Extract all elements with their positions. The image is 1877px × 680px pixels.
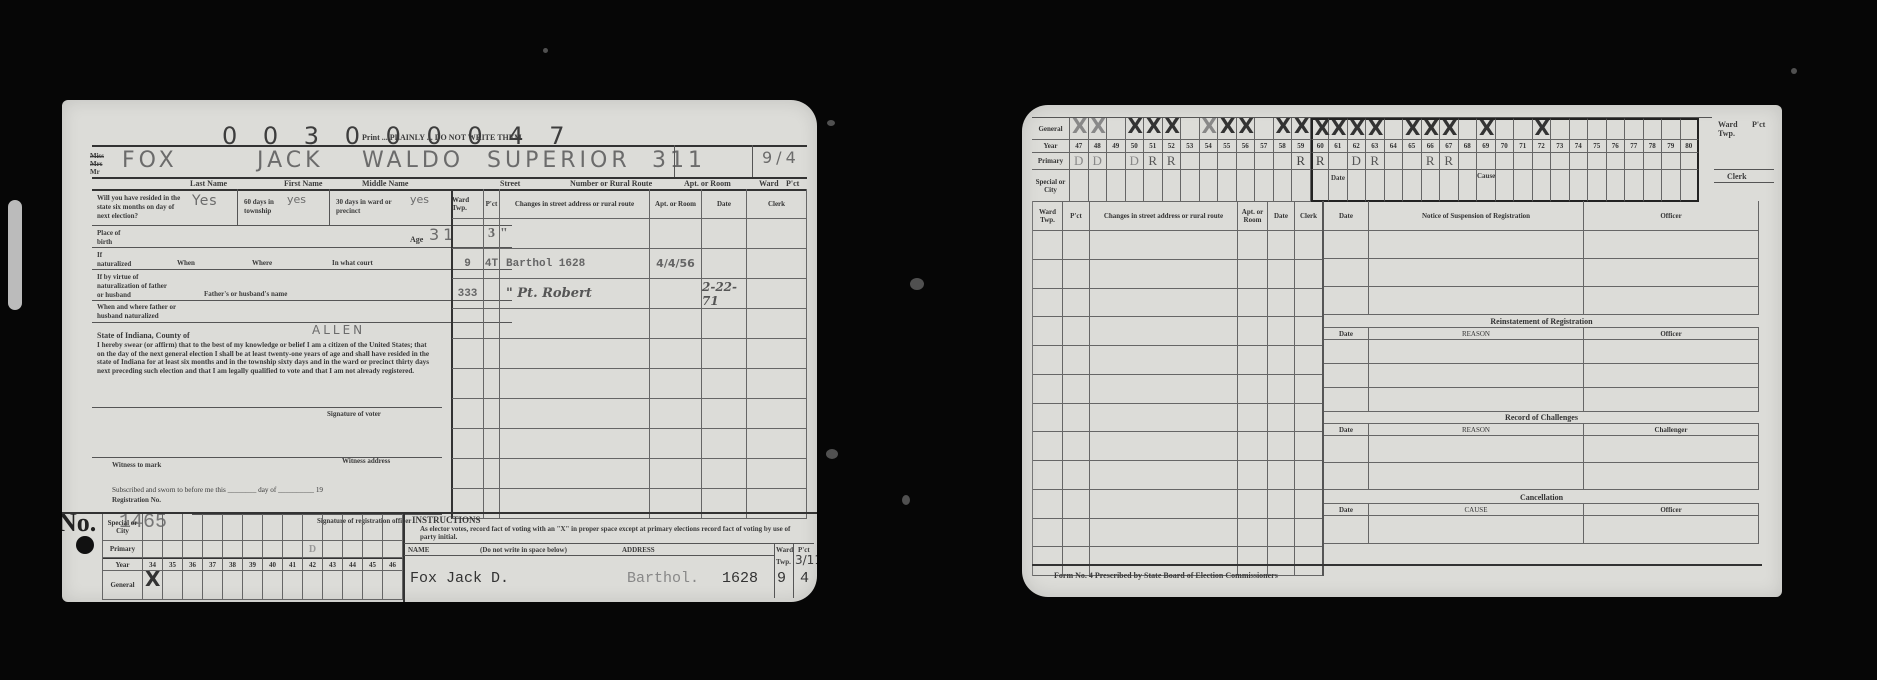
general-cell (1607, 118, 1626, 140)
birth-place-label: Place of birth (97, 229, 137, 247)
divider (404, 543, 814, 544)
general-cell (323, 571, 343, 600)
general-cell: X (1477, 118, 1496, 140)
table-cell (1238, 260, 1268, 289)
year-cell: 36 (183, 558, 203, 571)
table-cell (452, 219, 484, 249)
general-cell: X (1200, 118, 1219, 140)
typed-street: Barthol. (627, 570, 699, 587)
table-cell: 333 (452, 279, 484, 309)
col-header: REASON (1369, 328, 1584, 340)
general-cell: X (1311, 118, 1330, 140)
voter-signature-line (92, 407, 442, 408)
primary-cell (1459, 153, 1478, 170)
table-cell (1268, 231, 1295, 260)
primary-cell (1570, 153, 1589, 170)
table-cell (702, 369, 747, 399)
col-header: Apt. or Room (650, 189, 702, 219)
table-cell (1063, 519, 1090, 548)
primary-cell (283, 541, 303, 558)
year-cell: 39 (243, 558, 263, 571)
col-header: Officer (1584, 504, 1759, 516)
primary-cell: D (1348, 153, 1367, 170)
primary-cell (1274, 153, 1293, 170)
table-cell (1238, 231, 1268, 260)
year-cell: 73 (1551, 140, 1570, 153)
primary-cell: R (1311, 153, 1330, 170)
row-label-year: Year (103, 558, 143, 571)
vote-x-mark: X (1405, 116, 1420, 140)
table-cell (1369, 388, 1584, 412)
table-cell (650, 219, 702, 249)
grid-cell (183, 514, 203, 541)
table-cell (1295, 432, 1323, 461)
primary-cell: D (1070, 153, 1089, 170)
year-cell: 49 (1107, 140, 1126, 153)
table-cell (1063, 404, 1090, 433)
row-label-general: General (1032, 118, 1070, 140)
year-cell: 65 (1403, 140, 1422, 153)
vote-x-mark: X (1146, 114, 1161, 138)
father-name-label: Father's or husband's name (204, 290, 287, 299)
year-cell: 35 (163, 558, 183, 571)
table-cell (1584, 259, 1759, 287)
year-cell: 45 (363, 558, 383, 571)
table-cell (484, 369, 500, 399)
table-cell (1090, 231, 1238, 260)
punch-hole (76, 536, 94, 554)
col-header: Changes in street address or rural route (1090, 201, 1238, 231)
grid-cell (203, 514, 223, 541)
table-cell (500, 369, 650, 399)
general-cell (223, 571, 243, 600)
divider (92, 269, 512, 270)
table-cell (747, 429, 807, 459)
general-cell (1662, 118, 1681, 140)
last-name-value: FOX (122, 148, 178, 173)
year-cell: 64 (1385, 140, 1404, 153)
general-cell (263, 571, 283, 600)
general-cell: X (1237, 118, 1256, 140)
table-cell (1033, 432, 1063, 461)
primary-cell (343, 541, 363, 558)
vote-x-mark: X (1294, 114, 1309, 138)
table-cell (1090, 260, 1238, 289)
general-cell (243, 571, 263, 600)
general-cell: X (1348, 118, 1367, 140)
table-cell (500, 339, 650, 369)
table-cell (1090, 461, 1238, 490)
divider (674, 145, 675, 177)
special-cell (1237, 170, 1256, 202)
table-cell (1033, 490, 1063, 519)
do-not-write-label: (Do not write in space below) (480, 546, 567, 555)
row-label-primary: Primary (103, 541, 143, 558)
row-label-year: Year (1032, 140, 1070, 153)
general-cell: X (143, 571, 163, 600)
primary-cell: R (1440, 153, 1459, 170)
table-cell (1268, 260, 1295, 289)
year-cell: 52 (1163, 140, 1182, 153)
special-cell: Cause (1477, 170, 1496, 202)
grid-cell (303, 514, 323, 541)
instructions-text: As elector votes, record fact of voting … (420, 525, 805, 541)
table-cell (1063, 260, 1090, 289)
residence-ward-answer: yes (410, 193, 429, 206)
table-cell (650, 309, 702, 339)
year-cell: 43 (323, 558, 343, 571)
special-cell (1570, 170, 1589, 202)
middle-name-value: WALDO (362, 148, 464, 173)
table-cell (1295, 346, 1323, 375)
special-cell (1533, 170, 1552, 202)
vote-x-mark: X (1368, 116, 1383, 140)
table-cell (1268, 490, 1295, 519)
row-label-special: Special or City (1032, 170, 1070, 202)
divider (403, 512, 405, 602)
film-speck (827, 120, 835, 126)
year-cell: 62 (1348, 140, 1367, 153)
table-cell (1584, 340, 1759, 364)
year-cell: 53 (1181, 140, 1200, 153)
table-cell (1090, 404, 1238, 433)
table-cell (1238, 490, 1268, 519)
special-cell (1181, 170, 1200, 202)
col-header: Date (702, 189, 747, 219)
table-cell (702, 489, 747, 519)
pct-label: P'ct (786, 179, 799, 188)
table-cell (1063, 317, 1090, 346)
vote-x-mark: X (1128, 114, 1143, 138)
col-header: Officer (1584, 201, 1759, 231)
primary-cell (1588, 153, 1607, 170)
table-cell (1090, 519, 1238, 548)
film-speck (902, 495, 910, 505)
instructions-title: INSTRUCTIONS (412, 516, 481, 525)
table-cell (452, 339, 484, 369)
general-cell (203, 571, 223, 600)
first-name-value: JACK (257, 148, 324, 173)
inner-date-label: Date (1331, 174, 1345, 183)
row-label-primary: Primary (1032, 153, 1070, 170)
table-cell (702, 309, 747, 339)
divider (92, 322, 512, 323)
table-cell (1584, 463, 1759, 490)
special-cell (1588, 170, 1607, 202)
table-cell (1295, 547, 1323, 576)
ward-label: Ward (776, 546, 793, 555)
table-cell (1063, 461, 1090, 490)
table-cell (1295, 260, 1323, 289)
primary-cell (183, 541, 203, 558)
residence-state-answer: Yes (192, 193, 218, 209)
divider (329, 189, 330, 225)
table-cell (1090, 432, 1238, 461)
vote-x-mark: X (1276, 114, 1291, 138)
col-header: Clerk (747, 189, 807, 219)
grid-cell (263, 514, 283, 541)
special-cell (1089, 170, 1108, 202)
grid-cell (363, 514, 383, 541)
primary-cell: D (1089, 153, 1108, 170)
primary-cell (243, 541, 263, 558)
primary-cell (1218, 153, 1237, 170)
table-cell (1238, 461, 1268, 490)
table-cell: 2-22-71 (702, 279, 747, 309)
table-cell (702, 249, 747, 279)
year-cell: 37 (203, 558, 223, 571)
table-cell (702, 219, 747, 249)
col-header: Challenger (1584, 424, 1759, 436)
table-cell (1584, 364, 1759, 388)
general-cell: X (1218, 118, 1237, 140)
col-header: Date (1324, 328, 1369, 340)
table-cell (1584, 388, 1759, 412)
general-cell (1644, 118, 1663, 140)
table-cell (484, 429, 500, 459)
table-cell (1369, 287, 1584, 315)
table-cell (1238, 432, 1268, 461)
table-cell (1584, 436, 1759, 463)
last-name-label: Last Name (190, 179, 227, 188)
general-cell (183, 571, 203, 600)
primary-cell (203, 541, 223, 558)
col-header: P'ct (1063, 201, 1090, 231)
divider (793, 543, 794, 598)
special-cell: Date (1329, 170, 1348, 202)
challenges-title: Record of Challenges (1324, 413, 1759, 422)
cancellation-title: Cancellation (1324, 493, 1759, 502)
residence-township-answer: yes (287, 193, 306, 206)
year-cell: 50 (1126, 140, 1145, 153)
table-cell (747, 339, 807, 369)
table-cell (747, 249, 807, 279)
special-cell (1514, 170, 1533, 202)
special-cell (1274, 170, 1293, 202)
special-cell (1422, 170, 1441, 202)
table-cell (1369, 364, 1584, 388)
general-cell: X (1366, 118, 1385, 140)
grid-cell (283, 514, 303, 541)
vote-x-mark: X (1350, 116, 1365, 140)
table-cell: " (500, 219, 650, 249)
primary-cell: D (1126, 153, 1145, 170)
col-header: Date (1324, 504, 1369, 516)
number-label: Number or Rural Route (570, 179, 652, 188)
grid-cell (383, 514, 403, 541)
voter-signature-label: Signature of voter (327, 410, 381, 419)
year-cell: 42 (303, 558, 323, 571)
table-cell (702, 459, 747, 489)
divider (752, 145, 753, 177)
year-cell: 41 (283, 558, 303, 571)
table-cell (452, 309, 484, 339)
general-cell: X (1329, 118, 1348, 140)
general-cell: X (1440, 118, 1459, 140)
typed-ward: 9 (777, 570, 786, 587)
col-header: Clerk (1295, 201, 1323, 231)
general-cell (1570, 118, 1589, 140)
special-cell (1070, 170, 1089, 202)
table-cell (1584, 231, 1759, 259)
general-cell (363, 571, 383, 600)
ward-label: Ward (759, 179, 779, 188)
table-cell (484, 279, 500, 309)
col-header: Notice of Suspension of Registration (1369, 201, 1584, 231)
registration-card-back: General X X X X X X X X X X X X X X X X … (1022, 105, 1782, 597)
year-cell: 79 (1662, 140, 1681, 153)
table-cell (650, 489, 702, 519)
where-label: Where (252, 259, 272, 268)
special-cell (1625, 170, 1644, 202)
table-cell: " Pt. Robert (500, 279, 650, 309)
general-cell (283, 571, 303, 600)
table-cell (1033, 260, 1063, 289)
primary-cell (223, 541, 243, 558)
table-cell (1324, 259, 1369, 287)
table-cell (1033, 375, 1063, 404)
table-cell (500, 399, 650, 429)
table-cell (747, 279, 807, 309)
table-cell: Barthol 1628 (500, 249, 650, 279)
primary-cell (1533, 153, 1552, 170)
special-cell (1218, 170, 1237, 202)
general-cell (303, 571, 323, 600)
age-label: Age (410, 235, 423, 244)
special-cell (1292, 170, 1311, 202)
oath-heading: State of Indiana, County of (97, 331, 190, 340)
table-cell: 4T (484, 249, 500, 279)
divider (1714, 169, 1774, 170)
general-cell (1181, 118, 1200, 140)
year-cell: 78 (1644, 140, 1663, 153)
naturalized-label: If naturalized (97, 251, 137, 269)
table-cell (650, 279, 702, 309)
general-cell (1496, 118, 1515, 140)
table-cell (1238, 317, 1268, 346)
special-cell (1496, 170, 1515, 202)
general-cell: X (1533, 118, 1552, 140)
special-cell (1144, 170, 1163, 202)
vote-x-mark: X (145, 567, 160, 591)
table-cell (650, 459, 702, 489)
table-cell (1063, 231, 1090, 260)
table-cell (500, 489, 650, 519)
year-cell: 51 (1144, 140, 1163, 153)
year-cell: 38 (223, 558, 243, 571)
table-cell (1268, 461, 1295, 490)
table-cell (650, 399, 702, 429)
year-cell: 70 (1496, 140, 1515, 153)
primary-cell (143, 541, 163, 558)
primary-cell (1477, 153, 1496, 170)
table-cell (1324, 231, 1369, 259)
special-cell (1385, 170, 1404, 202)
year-cell: 72 (1533, 140, 1552, 153)
general-cell (1385, 118, 1404, 140)
table-cell (1295, 289, 1323, 318)
grid-cell (323, 514, 343, 541)
address-label: ADDRESS (622, 546, 655, 555)
table-cell (747, 369, 807, 399)
table-cell (484, 339, 500, 369)
primary-cell: R (1144, 153, 1163, 170)
year-cell: 76 (1607, 140, 1626, 153)
grid-cell (143, 514, 163, 541)
special-cell (1126, 170, 1145, 202)
table-cell (1238, 289, 1268, 318)
general-cell (383, 571, 403, 600)
primary-cell (1514, 153, 1533, 170)
primary-cell (1385, 153, 1404, 170)
year-cell: 67 (1440, 140, 1459, 153)
street-value: SUPERIOR (487, 148, 631, 173)
table-cell (1324, 463, 1369, 490)
col-header: Date (1324, 424, 1369, 436)
table-cell (1063, 346, 1090, 375)
general-cell (1588, 118, 1607, 140)
table-cell (1324, 436, 1369, 463)
year-cell: 80 (1681, 140, 1700, 153)
general-cell: X (1070, 118, 1089, 140)
table-cell (1033, 461, 1063, 490)
special-cell (1255, 170, 1274, 202)
table-cell (650, 339, 702, 369)
table-cell (1324, 388, 1369, 412)
table-cell (747, 309, 807, 339)
year-cell: 77 (1625, 140, 1644, 153)
table-cell (702, 399, 747, 429)
header-notice: Print ... PLAINLY ... DO NOT WRITE THEM (362, 133, 522, 142)
col-header: CAUSE (1369, 504, 1584, 516)
year-cell: 46 (383, 558, 403, 571)
special-cell (1459, 170, 1478, 202)
witness-address-label: Witness address (342, 457, 390, 466)
primary-cell (1255, 153, 1274, 170)
year-cell: 40 (263, 558, 283, 571)
table-cell (1295, 490, 1323, 519)
row-label-special: Special or City (103, 514, 143, 541)
special-cell (1440, 170, 1459, 202)
table-cell (1090, 375, 1238, 404)
pct-label: P'ct (1752, 120, 1765, 129)
father-naturalized-label: When and where father or husband natural… (97, 303, 187, 321)
table-cell (1295, 231, 1323, 260)
special-cell (1662, 170, 1681, 202)
table-cell (484, 459, 500, 489)
grid-cell (343, 514, 363, 541)
table-cell (1268, 346, 1295, 375)
primary-cell (1181, 153, 1200, 170)
footer-rule (1032, 564, 1762, 566)
table-cell (1268, 432, 1295, 461)
vote-x-mark: X (1442, 116, 1457, 140)
special-cell (1551, 170, 1570, 202)
grid-cell (223, 514, 243, 541)
table-cell (500, 459, 650, 489)
first-name-label: First Name (284, 179, 322, 188)
general-cell: X (1126, 118, 1145, 140)
table-cell (1063, 375, 1090, 404)
general-cell (163, 571, 183, 600)
grid-cell (243, 514, 263, 541)
table-cell (747, 399, 807, 429)
table-cell (1295, 375, 1323, 404)
table-cell (1033, 231, 1063, 260)
col-header: P'ct (484, 189, 500, 219)
table-cell (1268, 375, 1295, 404)
primary-cell: R (1366, 153, 1385, 170)
